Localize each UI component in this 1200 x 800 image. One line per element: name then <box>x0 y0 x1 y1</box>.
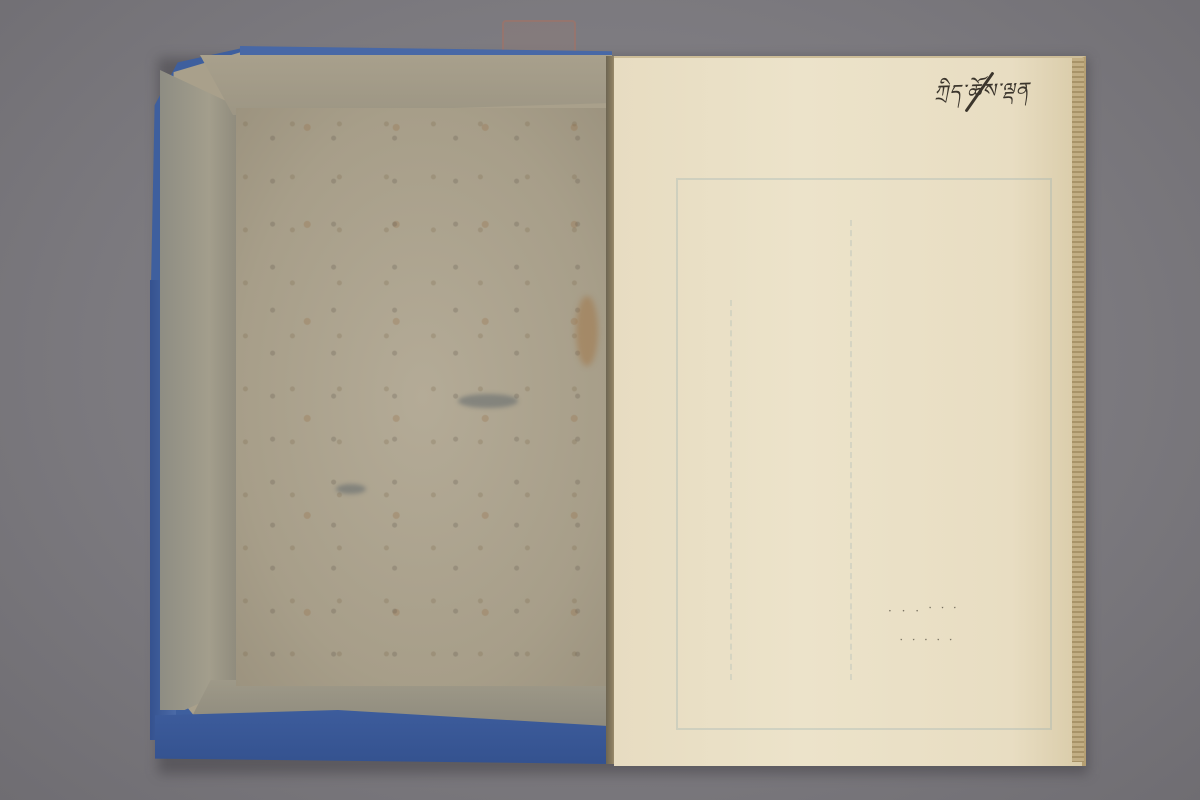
faint-marks: · · · ་ ་ ་ <box>888 598 959 632</box>
show-through-line <box>730 300 762 680</box>
pastedown-paper <box>236 108 610 686</box>
ink-stain <box>458 394 518 408</box>
rust-stain <box>576 296 598 366</box>
handwritten-note: ཀྲིད་ཆོས་ལྡན <box>933 66 1075 121</box>
turn-in-left <box>160 70 242 710</box>
faint-marks: ་ ་ ་ ་ ་ <box>900 630 955 664</box>
ink-stain <box>336 484 366 494</box>
show-through-line <box>850 220 882 680</box>
page-edges <box>1072 58 1084 762</box>
